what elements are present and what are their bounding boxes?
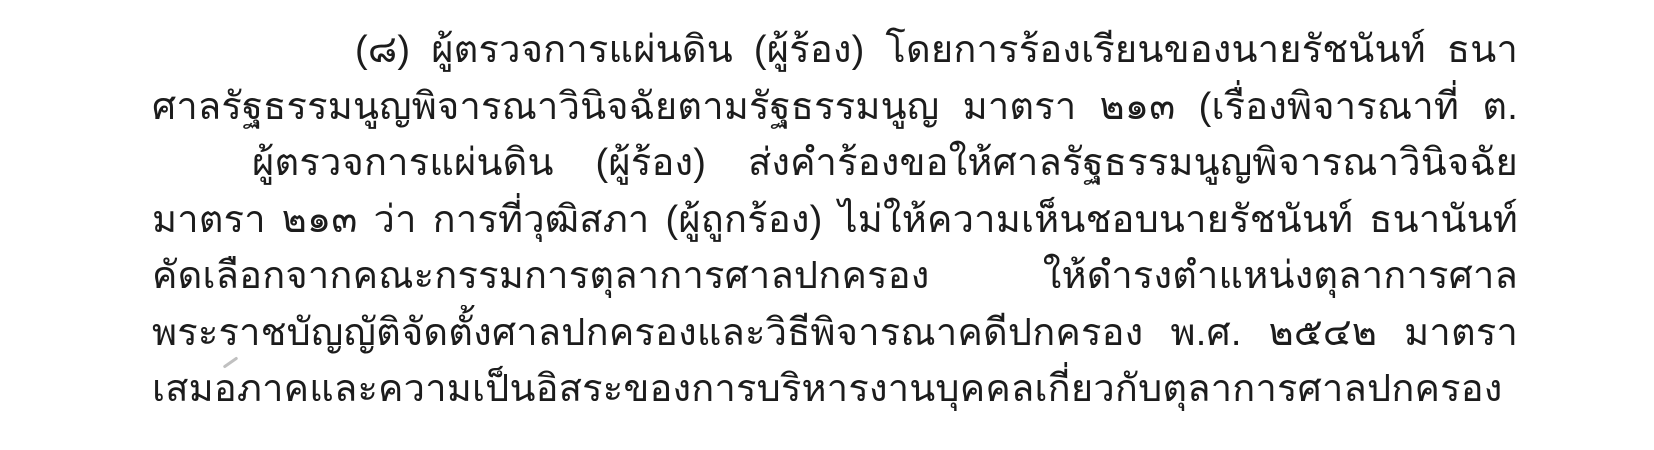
document-page: (๘) ผู้ตรวจการแผ่นดิน (ผู้ร้อง) โดยการร้… xyxy=(0,0,1654,450)
document-line: ผู้ตรวจการแผ่นดิน (ผู้ร้อง) ส่งคำร้องขอใ… xyxy=(152,135,1518,192)
document-text-block: (๘) ผู้ตรวจการแผ่นดิน (ผู้ร้อง) โดยการร้… xyxy=(152,22,1518,418)
document-line: เสมอภาคและความเป็นอิสระของการบริหารงานบุ… xyxy=(152,361,1518,418)
document-line: มาตรา ๒๑๓ ว่า การที่วุฒิสภา (ผู้ถูกร้อง)… xyxy=(152,192,1518,249)
document-line: (๘) ผู้ตรวจการแผ่นดิน (ผู้ร้อง) โดยการร้… xyxy=(152,22,1518,79)
document-line: คัดเลือกจากคณะกรรมการตุลาการศาลปกครอง ให… xyxy=(152,248,1518,305)
document-line: ศาลรัฐธรรมนูญพิจารณาวินิจฉัยตามรัฐธรรมนู… xyxy=(152,79,1518,136)
document-line: พระราชบัญญัติจัดตั้งศาลปกครองและวิธีพิจา… xyxy=(152,305,1518,362)
